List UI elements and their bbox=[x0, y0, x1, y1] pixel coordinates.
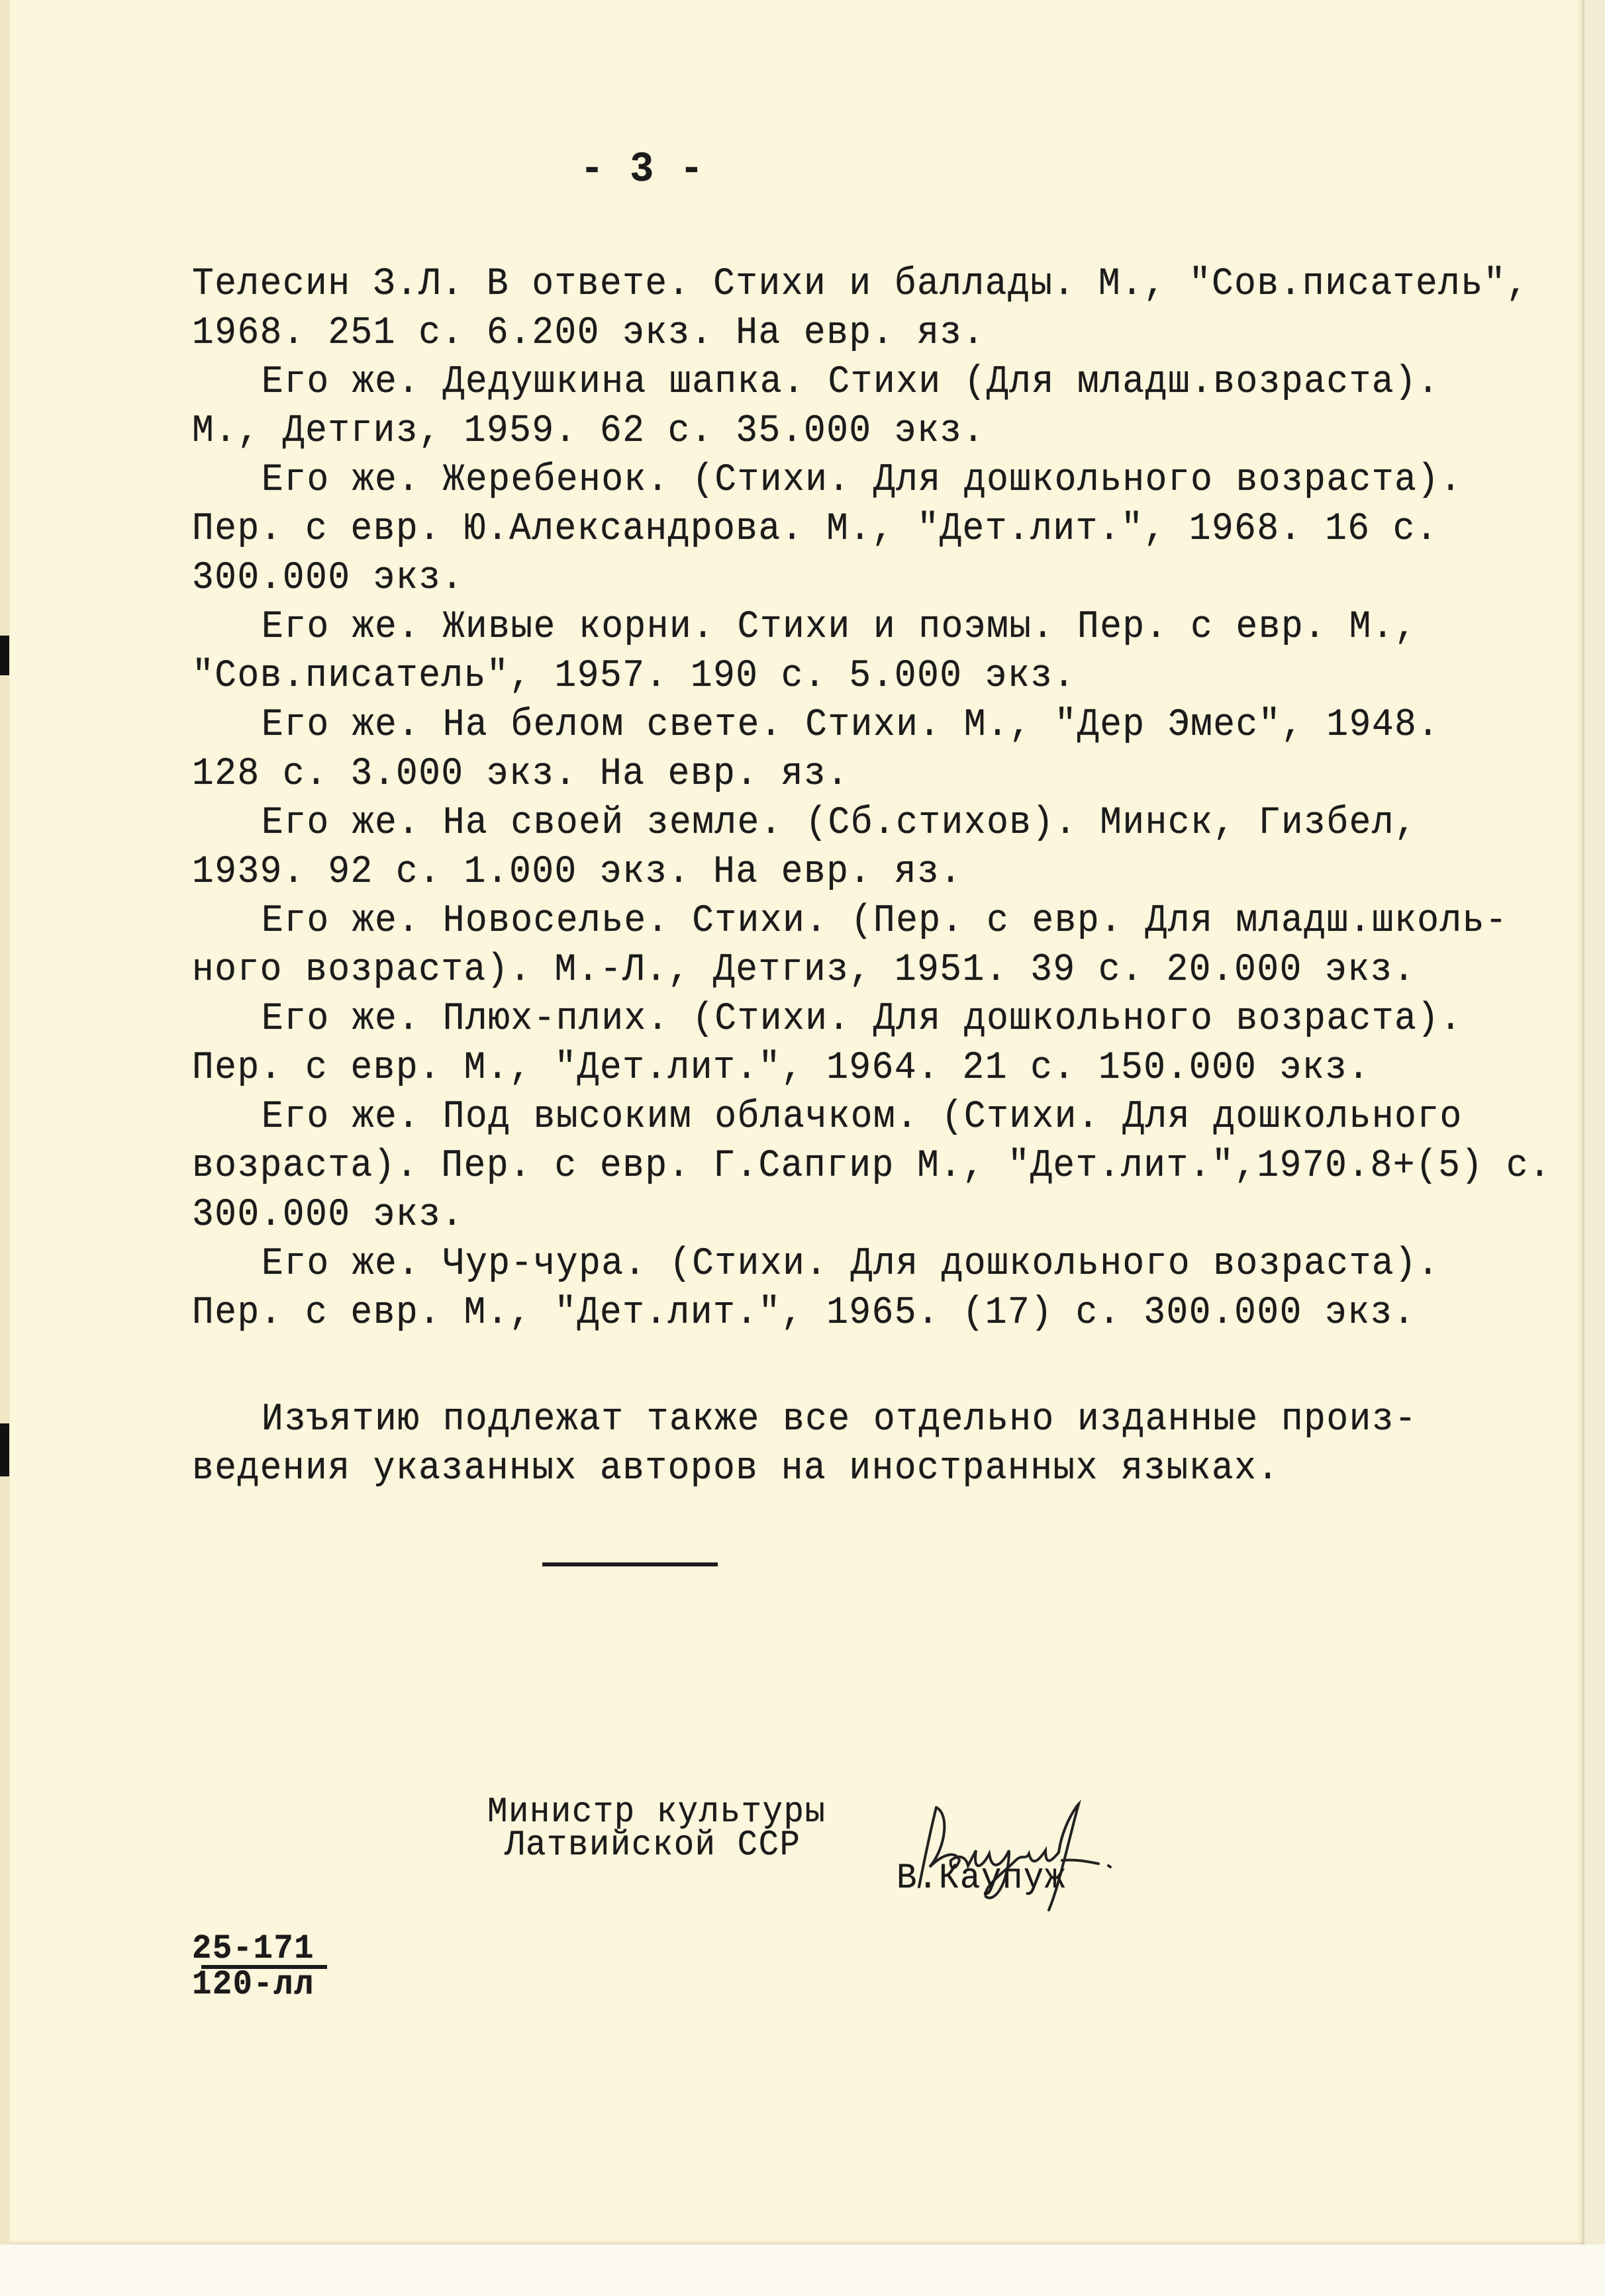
text-line: Его же. Живые корни. Стихи и поэмы. Пер.… bbox=[262, 604, 1417, 651]
text-line: ведения указанных авторов на иностранных… bbox=[192, 1446, 1280, 1492]
text-line: Пер. с евр. М., "Дет.лит.", 1965. (17) с… bbox=[192, 1290, 1416, 1337]
text-line: Его же. Под высоким облачком. (Стихи. Дл… bbox=[262, 1094, 1463, 1141]
text-line: возраста). Пер. с евр. Г.Сапгир М., "Дет… bbox=[192, 1143, 1551, 1190]
reference-line: 25-171 bbox=[192, 1932, 315, 1966]
separator-line bbox=[542, 1562, 718, 1566]
text-line: 1968. 251 с. 6.200 экз. На евр. яз. bbox=[192, 311, 985, 357]
page-number: - 3 - bbox=[580, 147, 705, 193]
reference-line: 120-лл bbox=[192, 1968, 315, 2002]
text-line: М., Детгиз, 1959. 62 с. 35.000 экз. bbox=[192, 408, 985, 455]
signatory-name: В.Каупуж bbox=[897, 1859, 1066, 1899]
document-page: - 3 - Телесин З.Л. В ответе. Стихи и бал… bbox=[9, 0, 1584, 2244]
text-line: 1939. 92 с. 1.000 экз. На евр. яз. bbox=[192, 849, 963, 896]
text-line: 128 с. 3.000 экз. На евр. яз. bbox=[192, 751, 849, 798]
text-line: ного возраста). М.-Л., Детгиз, 1951. 39 … bbox=[192, 947, 1416, 994]
text-line: 300.000 экз. bbox=[192, 1192, 464, 1239]
text-line: Его же. Новоселье. Стихи. (Пер. с евр. Д… bbox=[262, 898, 1508, 945]
underlying-page bbox=[0, 2244, 1605, 2296]
text-line: Пер. с евр. Ю.Александрова. М., "Дет.лит… bbox=[192, 506, 1438, 553]
text-line: Изъятию подлежат также все отдельно изда… bbox=[262, 1397, 1417, 1443]
signatory-title: Латвийской ССР bbox=[505, 1826, 801, 1866]
text-line: Его же. Дедушкина шапка. Стихи (Для млад… bbox=[262, 359, 1440, 406]
text-line: Его же. На белом свете. Стихи. М., "Дер … bbox=[262, 702, 1440, 749]
text-line: Его же. На своей земле. (Сб.стихов). Мин… bbox=[262, 800, 1417, 847]
text-line: Пер. с евр. М., "Дет.лит.", 1964. 21 с. … bbox=[192, 1045, 1371, 1092]
text-line: 300.000 экз. bbox=[192, 555, 464, 602]
text-line: "Сов.писатель", 1957. 190 с. 5.000 экз. bbox=[192, 653, 1076, 700]
text-line: Его же. Жеребенок. (Стихи. Для дошкольно… bbox=[262, 457, 1463, 504]
text-line: Его же. Чур-чура. (Стихи. Для дошкольног… bbox=[262, 1241, 1440, 1288]
page-stack-edge bbox=[1584, 0, 1605, 2244]
text-line: Телесин З.Л. В ответе. Стихи и баллады. … bbox=[192, 262, 1529, 308]
text-line: Его же. Плюх-плих. (Стихи. Для дошкольно… bbox=[262, 996, 1463, 1043]
